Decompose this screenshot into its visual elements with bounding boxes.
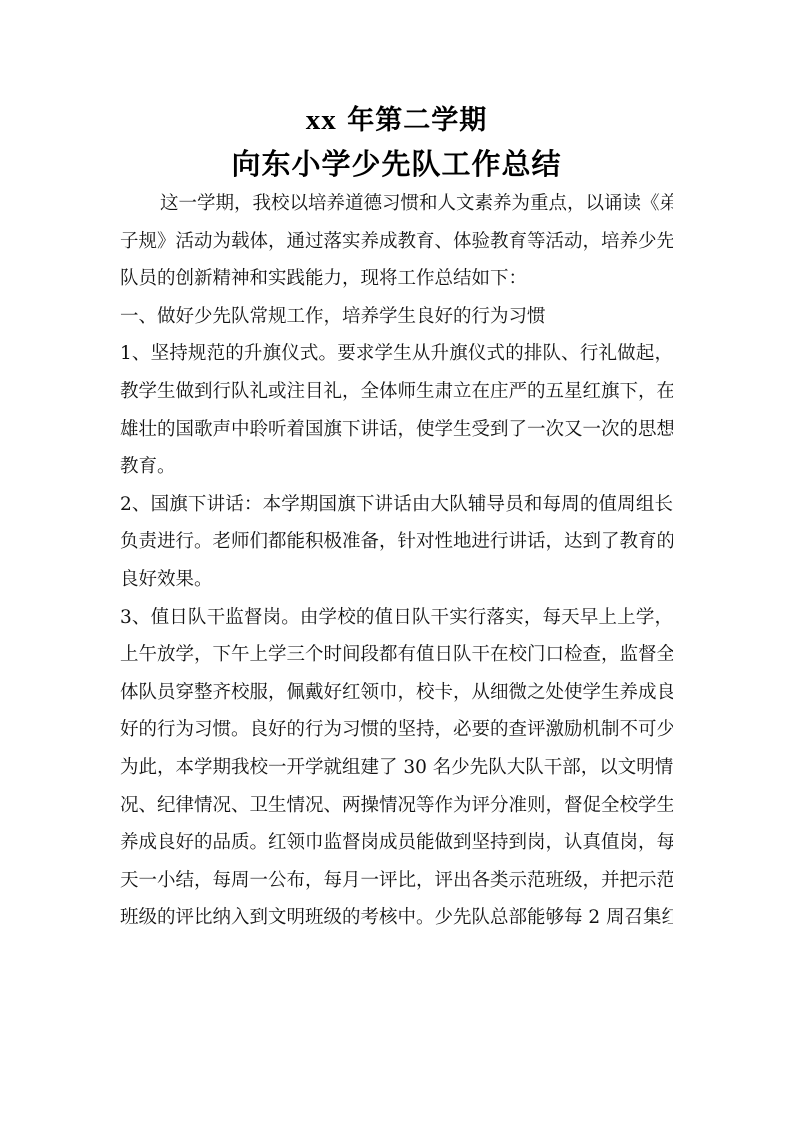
title-semester: 年第二学期 <box>337 105 487 136</box>
body-line: 好的行为习惯。良好的行为习惯的坚持，必要的查评激励机制不可少。 <box>120 711 673 749</box>
document-body: 这一学期，我校以培养道德习惯和人文素养为重点，以诵读《弟 子规》活动为载体，通过… <box>120 185 673 937</box>
body-line: 雄壮的国歌声中聆听着国旗下讲话，使学生受到了一次又一次的思想 <box>120 411 673 449</box>
title-year-placeholder: xx <box>306 104 337 136</box>
body-line: 这一学期，我校以培养道德习惯和人文素养为重点，以诵读《弟 <box>120 185 673 223</box>
body-line: 为此，本学期我校一开学就组建了 30 名少先队大队干部，以文明情 <box>120 749 673 787</box>
body-line: 1、坚持规范的升旗仪式。要求学生从升旗仪式的排队、行礼做起， <box>120 335 673 373</box>
document-title-line2: 向东小学少先队工作总结 <box>0 142 793 183</box>
body-line: 体队员穿整齐校服，佩戴好红领巾，校卡，从细微之处使学生养成良 <box>120 674 673 712</box>
body-line: 队员的创新精神和实践能力，现将工作总结如下： <box>120 260 673 298</box>
body-line: 上午放学，下午上学三个时间段都有值日队干在校门口检查，监督全 <box>120 636 673 674</box>
body-line: 天一小结，每周一公布，每月一评比，评出各类示范班级，并把示范 <box>120 862 673 900</box>
body-line: 3、值日队干监督岗。由学校的值日队干实行落实，每天早上上学， <box>120 599 673 637</box>
document-page: xx 年第二学期 向东小学少先队工作总结 这一学期，我校以培养道德习惯和人文素养… <box>0 0 793 1122</box>
body-line: 养成良好的品质。红领巾监督岗成员能做到坚持到岗，认真值岗，每 <box>120 824 673 862</box>
body-line: 子规》活动为载体，通过落实养成教育、体验教育等活动，培养少先 <box>120 223 673 261</box>
section-heading: 一、做好少先队常规工作，培养学生良好的行为习惯 <box>120 298 673 336</box>
body-line: 良好效果。 <box>120 561 673 599</box>
body-line: 教学生做到行队礼或注目礼，全体师生肃立在庄严的五星红旗下，在 <box>120 373 673 411</box>
body-line: 负责进行。老师们都能积极准备，针对性地进行讲话，达到了教育的 <box>120 523 673 561</box>
body-line: 教育。 <box>120 448 673 486</box>
body-line: 班级的评比纳入到文明班级的考核中。少先队总部能够每 2 周召集红 <box>120 899 673 937</box>
document-title-line1: xx 年第二学期 <box>0 98 793 137</box>
body-line: 况、纪律情况、卫生情况、两操情况等作为评分准则，督促全校学生 <box>120 787 673 825</box>
body-line: 2、国旗下讲话：本学期国旗下讲话由大队辅导员和每周的值周组长 <box>120 486 673 524</box>
